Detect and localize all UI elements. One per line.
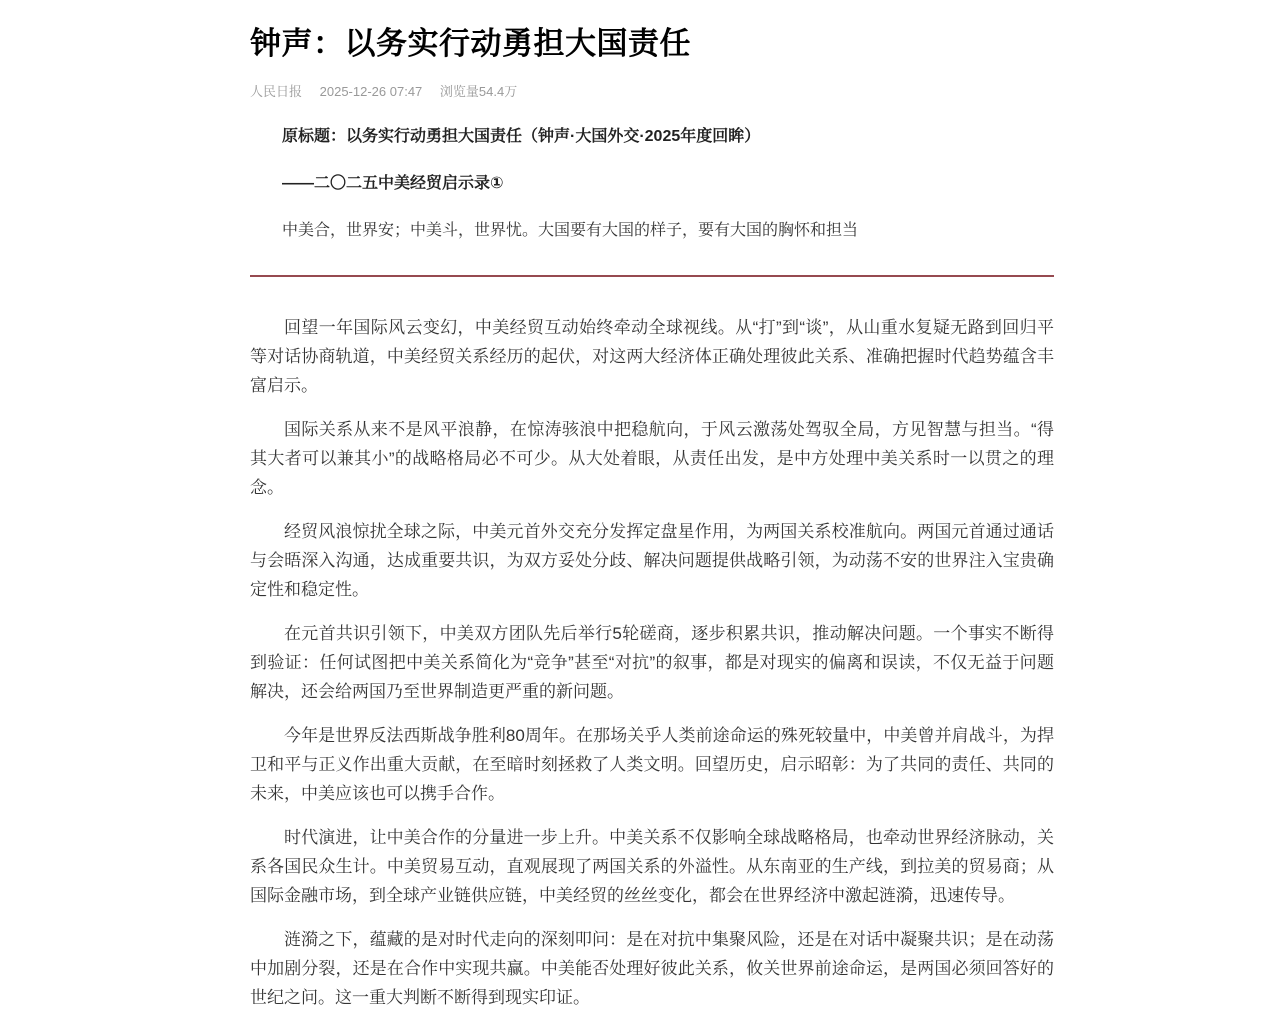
body-paragraph: 经贸风浪惊扰全球之际，中美元首外交充分发挥定盘星作用，为两国关系校准航向。两国元… — [250, 517, 1054, 604]
article-body: 回望一年国际风云变幻，中美经贸互动始终牵动全球视线。从“打”到“谈”，从山重水复… — [250, 313, 1054, 960]
lead-series-title: ——二〇二五中美经贸启示录① — [250, 173, 1054, 194]
lead-original-title: 原标题：以务实行动勇担大国责任（钟声·大国外交·2025年度回眸） — [250, 126, 1054, 147]
meta-views: 浏览量54.4万 — [440, 84, 517, 99]
body-paragraph: 回望一年国际风云变幻，中美经贸互动始终牵动全球视线。从“打”到“谈”，从山重水复… — [250, 313, 1054, 400]
article-page: 钟声：以务实行动勇担大国责任 人民日报 2025-12-26 07:47 浏览量… — [250, 24, 1054, 960]
body-paragraph: 时代演进，让中美合作的分量进一步上升。中美关系不仅影响全球战略格局，也牵动世界经… — [250, 823, 1054, 910]
section-divider — [250, 275, 1054, 277]
body-paragraph: 国际关系从来不是风平浪静，在惊涛骇浪中把稳航向，于风云激荡处驾驭全局，方见智慧与… — [250, 415, 1054, 502]
body-paragraph: 涟漪之下，蕴藏的是对时代走向的深刻叩问：是在对抗中集聚风险，还是在对话中凝聚共识… — [250, 925, 1054, 960]
article-title: 钟声：以务实行动勇担大国责任 — [250, 24, 1054, 64]
meta-datetime: 2025-12-26 07:47 — [320, 84, 423, 99]
lead-section: 原标题：以务实行动勇担大国责任（钟声·大国外交·2025年度回眸） ——二〇二五… — [250, 126, 1054, 241]
meta-source: 人民日报 — [250, 84, 302, 99]
body-paragraph: 在元首共识引领下，中美双方团队先后举行5轮磋商，逐步积累共识，推动解决问题。一个… — [250, 619, 1054, 706]
body-paragraph: 今年是世界反法西斯战争胜利80周年。在那场关乎人类前途命运的殊死较量中，中美曾并… — [250, 721, 1054, 808]
article-meta: 人民日报 2025-12-26 07:47 浏览量54.4万 — [250, 84, 1054, 100]
lead-summary: 中美合，世界安；中美斗，世界忧。大国要有大国的样子，要有大国的胸怀和担当 — [250, 220, 1054, 241]
